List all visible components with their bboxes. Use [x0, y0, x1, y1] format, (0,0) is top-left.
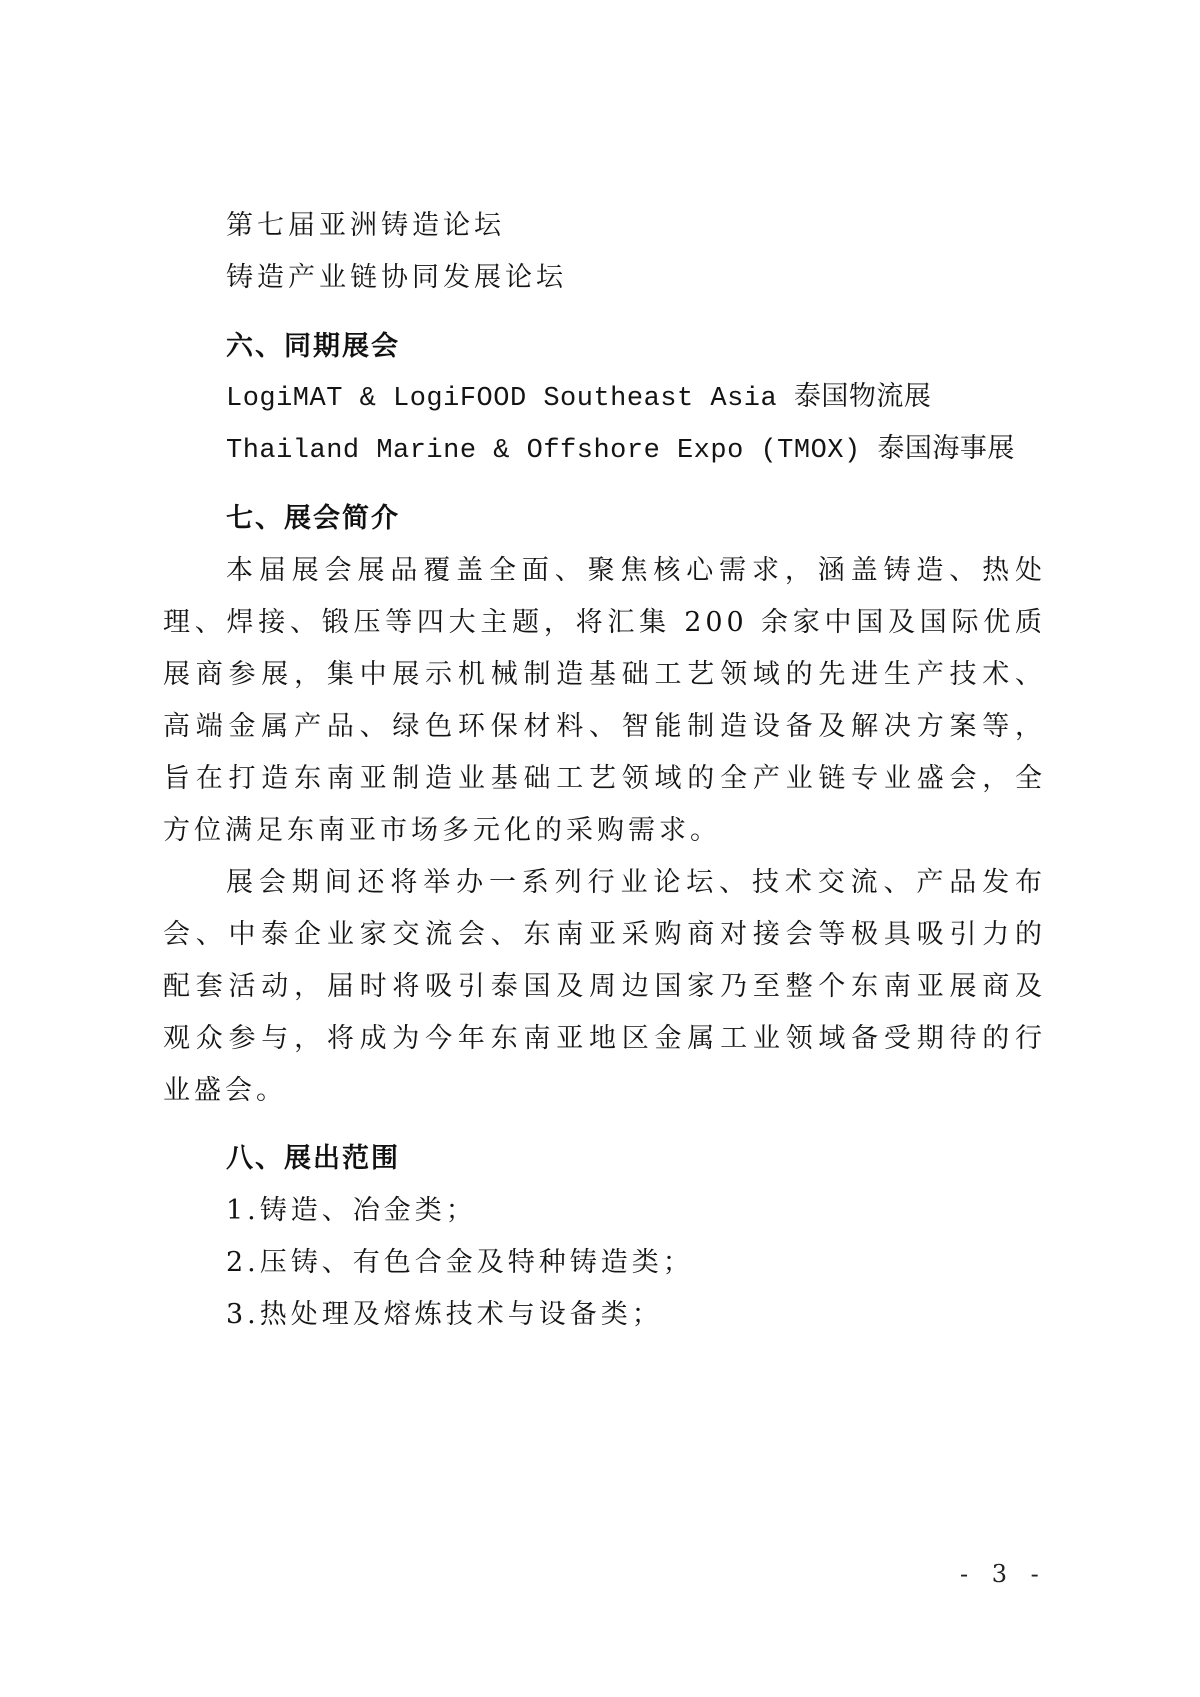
concurrent-exhibition-item: Thailand Marine & Offshore Expo (TMOX) 泰… [226, 436, 1015, 466]
paragraph-line: 方位满足东南亚市场多元化的采购需求。 [163, 816, 1046, 846]
page-number: - 3 - [960, 1560, 1047, 1588]
scope-list-item: 3.热处理及熔炼技术与设备类； [226, 1300, 663, 1330]
section-heading-exhibit-scope: 八、展出范围 [226, 1144, 400, 1174]
concurrent-exhibition-item: LogiMAT & LogiFOOD Southeast Asia 泰国物流展 [226, 384, 931, 414]
paragraph-line: 理、焊接、锻压等四大主题，将汇集 200 余家中国及国际优质 [163, 608, 1046, 638]
paragraph-line: 观众参与，将成为今年东南亚地区金属工业领域备受期待的行 [163, 1024, 1046, 1054]
paragraph-line: 业盛会。 [163, 1076, 1046, 1106]
forum-item: 铸造产业链协同发展论坛 [226, 263, 567, 293]
scope-list-item: 2.压铸、有色合金及特种铸造类； [226, 1248, 694, 1278]
scope-list-item: 1.铸造、冶金类； [226, 1196, 477, 1226]
paragraph-line: 旨在打造东南亚制造业基础工艺领域的全产业链专业盛会，全 [163, 764, 1046, 794]
section-heading-concurrent-exhibitions: 六、同期展会 [226, 332, 400, 362]
paragraph-line: 展商参展，集中展示机械制造基础工艺领域的先进生产技术、 [163, 660, 1046, 690]
paragraph-line: 高端金属产品、绿色环保材料、智能制造设备及解决方案等， [163, 712, 1046, 742]
paragraph-line: 会、中泰企业家交流会、东南亚采购商对接会等极具吸引力的 [163, 920, 1046, 950]
paragraph-line: 本届展会展品覆盖全面、聚焦核心需求，涵盖铸造、热处 [226, 556, 1046, 586]
forum-item: 第七届亚洲铸造论坛 [226, 211, 505, 241]
paragraph-line: 展会期间还将举办一系列行业论坛、技术交流、产品发布 [226, 868, 1046, 898]
section-heading-exhibition-intro: 七、展会简介 [226, 504, 400, 534]
paragraph-line: 配套活动，届时将吸引泰国及周边国家乃至整个东南亚展商及 [163, 972, 1046, 1002]
document-page: 第七届亚洲铸造论坛 铸造产业链协同发展论坛 六、同期展会 LogiMAT & L… [0, 0, 1200, 1697]
